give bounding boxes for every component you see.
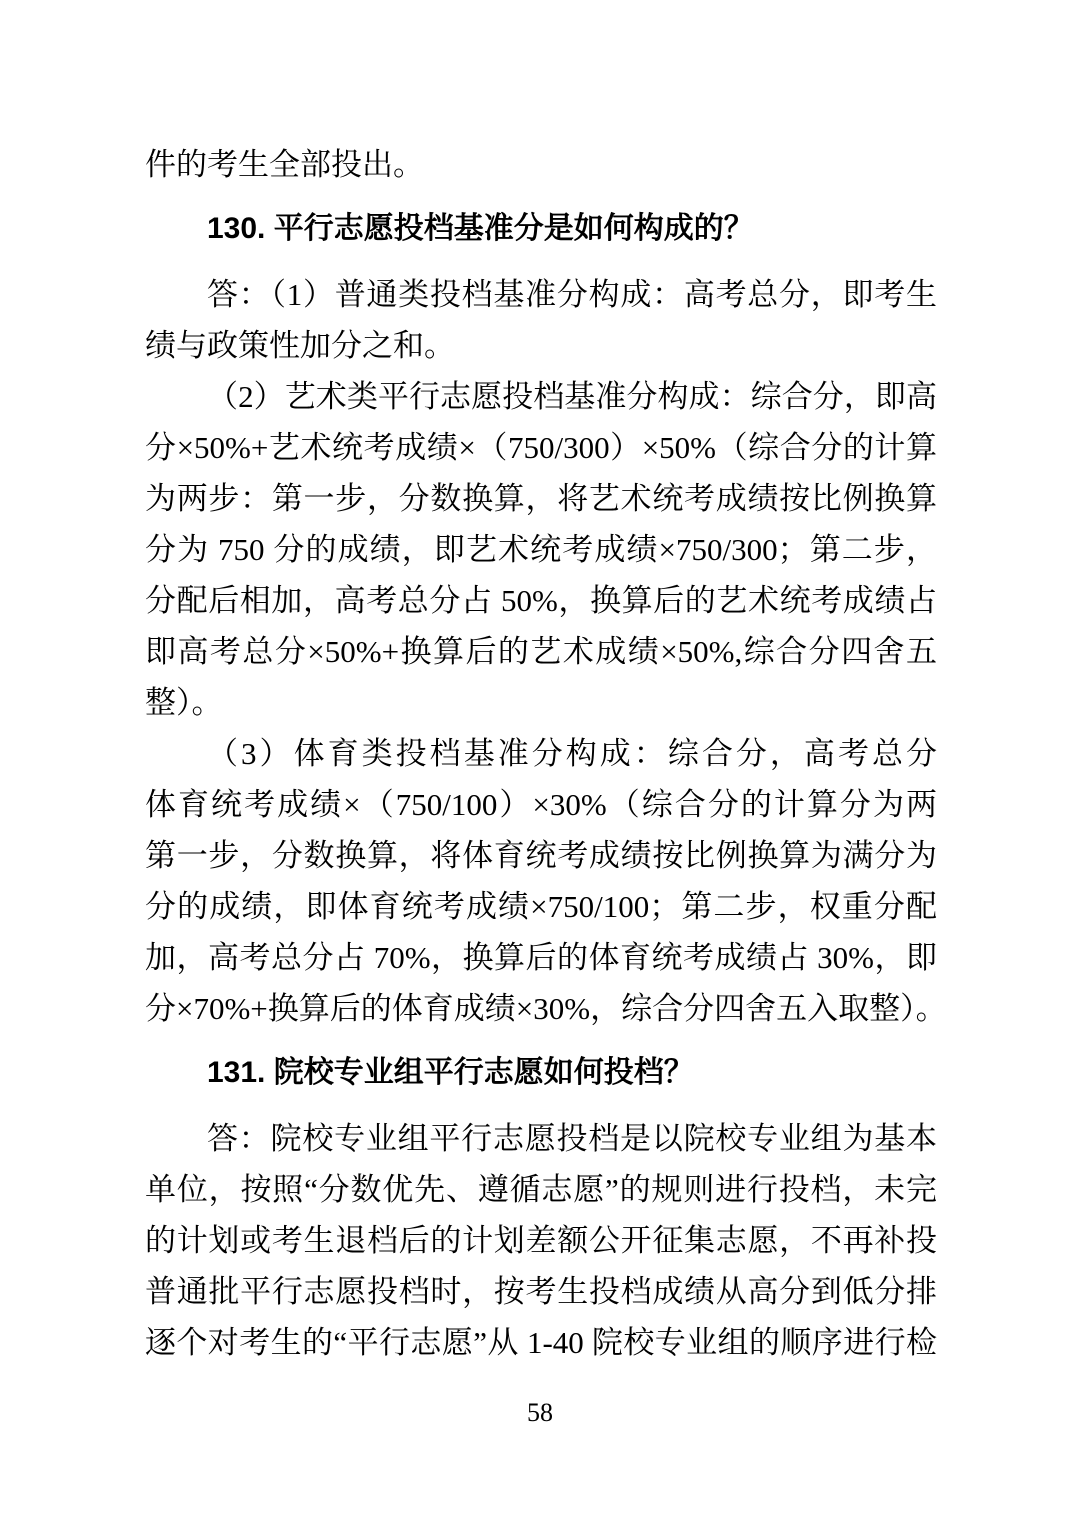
text-line: 分×70%+换算后的体育成绩×30%，综合分四舍五入取整）。 [145, 983, 937, 1034]
text-line: 的计划或考生退档后的计划差额公开征集志愿，不再补投档。 [145, 1215, 937, 1266]
text-line: 体育统考成绩×（750/100）×30%（综合分的计算分为两步： [145, 779, 937, 830]
text-line: 答：（1）普通类投档基准分构成：高考总分，即考生总成 [145, 269, 937, 320]
text-line: 件的考生全部投出。 [145, 139, 937, 190]
text-line: 分的成绩，即体育统考成绩×750/100；第二步，权重分配后相 [145, 881, 937, 932]
document-page: 件的考生全部投出。130. 平行志愿投档基准分是如何构成的？答：（1）普通类投档… [0, 0, 1080, 1527]
text-line: 即高考总分×50%+换算后的艺术成绩×50%,综合分四舍五入取 [145, 626, 937, 677]
section-heading: 130. 平行志愿投档基准分是如何构成的？ [145, 203, 937, 254]
text-line: 第一步，分数换算，将体育统考成绩按比例换算为满分为 750 [145, 830, 937, 881]
text-content: 件的考生全部投出。130. 平行志愿投档基准分是如何构成的？答：（1）普通类投档… [145, 139, 937, 1368]
text-line: 分为 750 分的成绩，即艺术统考成绩×750/300；第二步，权重 [145, 524, 937, 575]
text-line: 为两步：第一步，分数换算，将艺术统考成绩按比例换算为满 [145, 473, 937, 524]
text-line: （3）体育类投档基准分构成：综合分，高考总分×70%+ [145, 728, 937, 779]
text-line: 分×50%+艺术统考成绩×（750/300）×50%（综合分的计算分 [145, 422, 937, 473]
text-line: 分配后相加，高考总分占 50%，换算后的艺术统考成绩占 50%， [145, 575, 937, 626]
page-number: 58 [0, 1395, 1080, 1431]
text-line: 单位，按照“分数优先、遵循志愿”的规则进行投档，未完成 [145, 1164, 937, 1215]
text-line: 普通批平行志愿投档时，按考生投档成绩从高分到低分排序， [145, 1266, 937, 1317]
text-line: 整）。 [145, 677, 937, 728]
text-line: 答：院校专业组平行志愿投档是以院校专业组为基本投档 [145, 1113, 937, 1164]
text-line: （2）艺术类平行志愿投档基准分构成：综合分，即高考总 [145, 371, 937, 422]
section-heading: 131. 院校专业组平行志愿如何投档？ [145, 1047, 937, 1098]
text-line: 逐个对考生的“平行志愿”从 1-40 院校专业组的顺序进行检索， [145, 1317, 937, 1368]
text-line: 加，高考总分占 70%，换算后的体育统考成绩占 30%，即高考总 [145, 932, 937, 983]
text-line: 绩与政策性加分之和。 [145, 320, 937, 371]
